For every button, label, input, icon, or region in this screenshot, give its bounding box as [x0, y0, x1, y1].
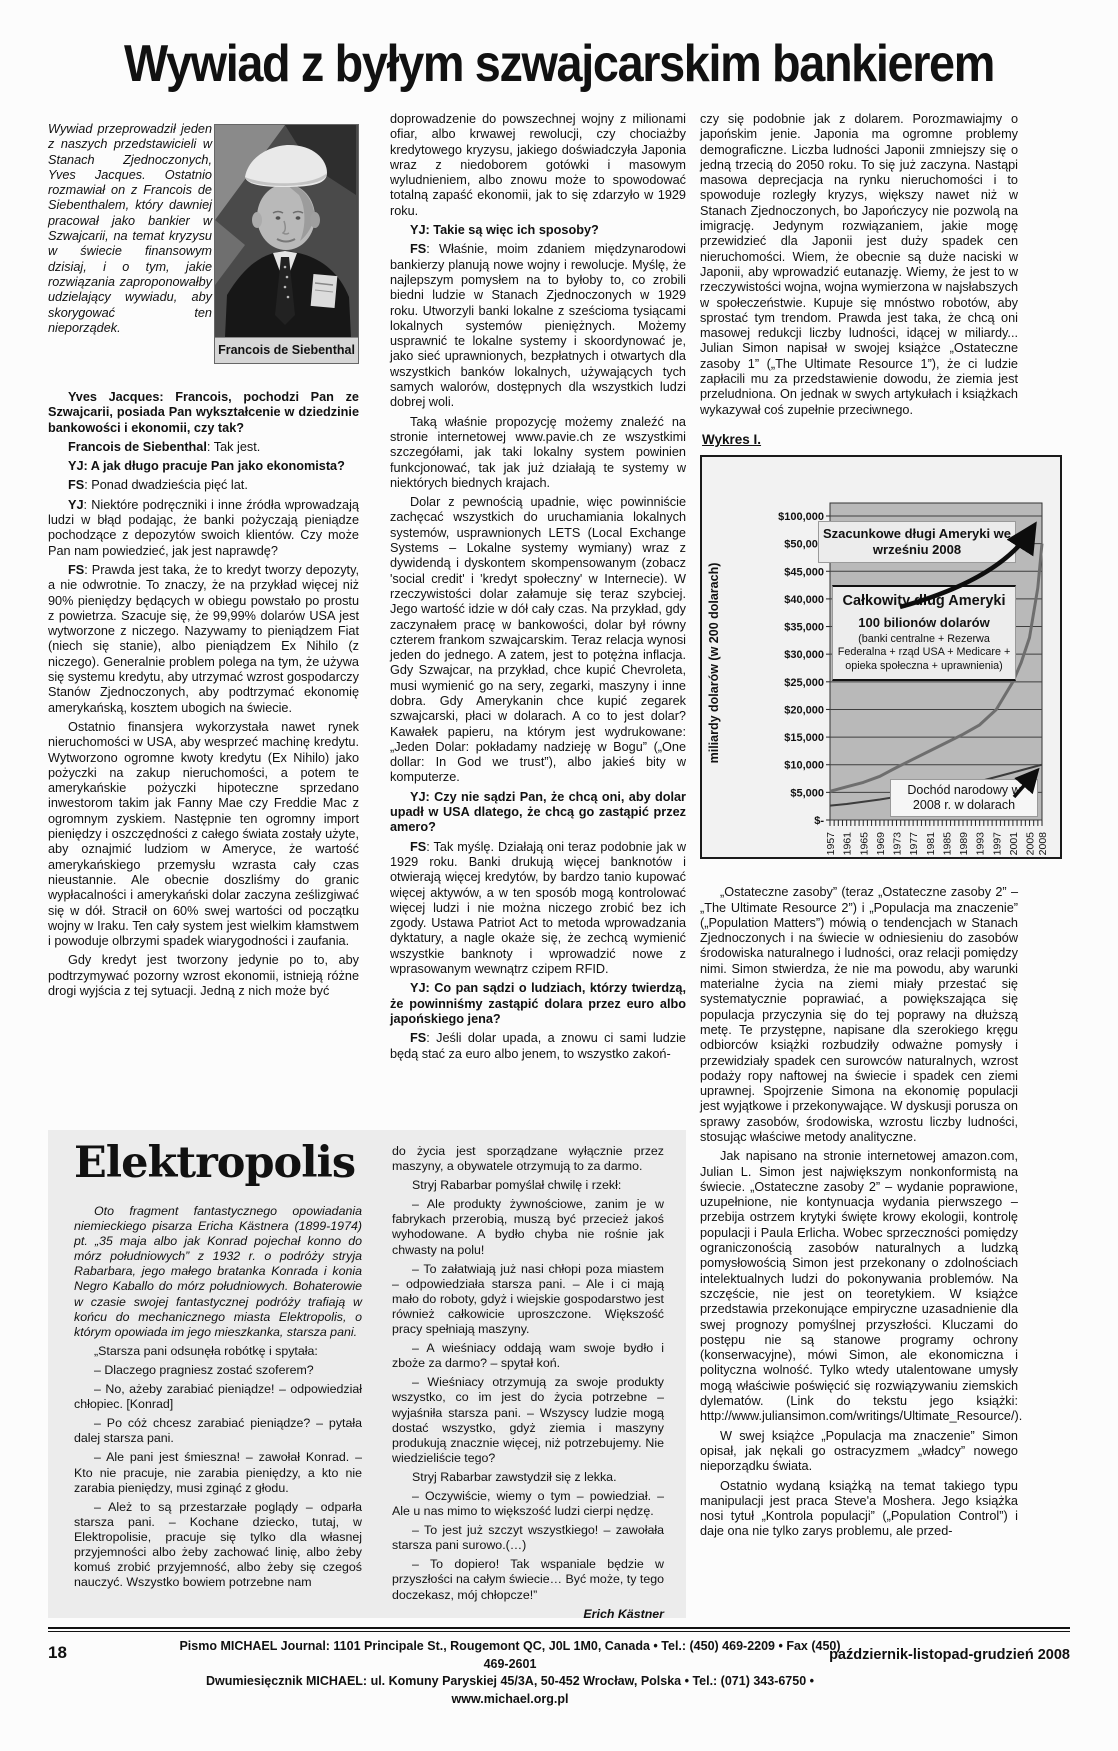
elektropolis-left-column: Oto fragment fantastycznego opowiadania …: [74, 1204, 362, 1594]
chart-label: Wykres I.: [702, 432, 1018, 447]
footer-divider: [48, 1627, 1070, 1632]
chart-annotation-title: Szacunkowe długi Ameryki we wrześniu 200…: [818, 521, 1016, 563]
speaker-label: YJ: [68, 498, 84, 512]
speaker-label: FS: [410, 242, 426, 256]
y-tick-label: $-: [814, 815, 824, 827]
paragraph: Stryj Rabarbar zawstydził się z lekka.: [392, 1470, 664, 1485]
paragraph: YJ: Co pan sądzi o ludziach, którzy twie…: [390, 981, 686, 1027]
speaker-label: YJ: [410, 790, 426, 804]
intro-row: Wywiad przeprowadził jeden z naszych prz…: [48, 122, 359, 390]
paragraph: YJ: Czy nie sądzi Pan, że chcą oni, aby …: [390, 790, 686, 836]
speaker-label: Francois de Siebenthal: [68, 440, 207, 454]
footer-address: Pismo MICHAEL Journal: 1101 Principale S…: [170, 1638, 850, 1708]
paragraph: Jak napisano na stronie internetowej ama…: [700, 1149, 1018, 1424]
paragraph: – A wieśniacy oddają wam swoje bydło i z…: [392, 1341, 664, 1371]
elektropolis-right-column: do życia jest sporządzane wyłącznie prze…: [392, 1144, 664, 1626]
x-tick-label: 1977: [908, 832, 920, 856]
y-tick-label: $5,000: [790, 788, 824, 800]
paragraph: Gdy kredyt jest tworzony jedynie po to, …: [48, 953, 359, 999]
footer-line-1: Pismo MICHAEL Journal: 1101 Principale S…: [170, 1638, 850, 1673]
annotation-total-debt-title: Całkowity dług Ameryki: [836, 594, 1012, 609]
footer-line-2: Dwumiesięcznik MICHAEL: ul. Komuny Parys…: [170, 1673, 850, 1708]
debt-chart: $-$5,000$10,000$15,000$20,000$25,000$30,…: [700, 455, 1062, 859]
y-tick-label: $15,000: [784, 732, 824, 744]
x-tick-label: 1981: [925, 832, 937, 856]
paragraph: Oto fragment fantastycznego opowiadania …: [74, 1204, 362, 1340]
speaker-label: FS: [68, 563, 84, 577]
paragraph: „Starsza pani odsunęła robótkę i spytała…: [74, 1344, 362, 1359]
column-3-bottom-text: „Ostateczne zasoby” (teraz „Ostateczne z…: [700, 885, 1018, 1539]
paragraph: FS: Ponad dwadzieścia pięć lat.: [48, 478, 359, 493]
column-1: Wywiad przeprowadził jeden z naszych prz…: [48, 122, 359, 1003]
paragraph: FS: Jeśli dolar upada, a znowu ci sami l…: [390, 1031, 686, 1062]
y-tick-label: $45,000: [784, 567, 824, 579]
annotation-total-debt-amount: 100 bilionów dolarów: [836, 615, 1012, 630]
intro-paragraph: Wywiad przeprowadził jeden z naszych prz…: [48, 122, 212, 336]
paragraph: FS: Tak myślę. Działają oni teraz podobn…: [390, 840, 686, 978]
paragraph: Stryj Rabarbar pomyślał chwilę i rzekł:: [392, 1178, 664, 1193]
y-tick-label: $10,000: [784, 760, 824, 772]
page-number: 18: [48, 1643, 67, 1663]
paragraph: YJ: Niektóre podręczniki i inne źródła w…: [48, 498, 359, 559]
paragraph: FS: Prawda jest taka, że to kredyt tworz…: [48, 563, 359, 716]
speaker-label: Yves Jacques: [68, 390, 159, 404]
paragraph: czy się podobnie jak z dolarem. Porozmaw…: [700, 112, 1018, 418]
annotation-total-debt-detail: (banki centralne + Rezerwa Federalna + r…: [836, 633, 1012, 674]
paragraph: Taką właśnie propozycję możemy znaleźć n…: [390, 415, 686, 491]
paragraph: – Dlaczego pragniesz zostać szoferem?: [74, 1363, 362, 1378]
x-tick-label: 2005: [1025, 832, 1037, 856]
column-3: czy się podobnie jak z dolarem. Porozmaw…: [700, 112, 1018, 1544]
column-3-top-text: czy się podobnie jak z dolarem. Porozmaw…: [700, 112, 1018, 418]
y-tick-label: $40,000: [784, 594, 824, 606]
speaker-label: FS: [68, 478, 84, 492]
paragraph: – To jest już szczyt wszystkiego! – zawo…: [392, 1523, 664, 1553]
newspaper-page: Wywiad z byłym szwajcarskim bankierem Wy…: [0, 0, 1118, 1751]
y-tick-label: $35,000: [784, 622, 824, 634]
footer-date: październik-listopad-grudzień 2008: [829, 1647, 1070, 1663]
speaker-label: YJ: [410, 981, 426, 995]
paragraph: – Wieśniacy otrzymują za swoje produkty …: [392, 1375, 664, 1466]
page-title: Wywiad z byłym szwajcarskim bankierem: [56, 34, 1062, 94]
x-tick-label: 2001: [1008, 832, 1020, 856]
x-tick-label: 1997: [991, 832, 1003, 856]
speaker-label: YJ: [410, 223, 426, 237]
x-tick-label: 1961: [842, 832, 854, 856]
x-tick-label: 1985: [941, 832, 953, 856]
elektropolis-title: Elektropolis: [74, 1138, 355, 1188]
x-tick-label: 2008: [1037, 832, 1049, 856]
chart-annotation-income: Dochód narodowy w 2008 r. w dolarach: [890, 779, 1038, 817]
paragraph: doprowadzenie do powszechnej wojny z mil…: [390, 112, 686, 219]
paragraph: – Ale produkty żywnościowe, zanim je w f…: [392, 1197, 664, 1257]
paragraph: YJ: Takie są więc ich sposoby?: [390, 223, 686, 238]
column-1-text: Yves Jacques: Francois, pochodzi Pan ze …: [48, 390, 359, 999]
x-tick-label: 1965: [858, 832, 870, 856]
chart-annotation-total-debt: Całkowity dług Ameryki 100 bilionów dola…: [832, 585, 1016, 681]
elektropolis-box: Elektropolis Oto fragment fantastycznego…: [48, 1130, 686, 1618]
paragraph: YJ: A jak długo pracuje Pan jako ekonomi…: [48, 459, 359, 474]
paragraph: do życia jest sporządzane wyłącznie prze…: [392, 1144, 664, 1174]
paragraph: Ostatnio wydaną książką na temat takiego…: [700, 1479, 1018, 1540]
x-tick-label: 1989: [958, 832, 970, 856]
photo-caption: Francois de Siebenthal: [215, 337, 358, 363]
paragraph: – Oczywiście, wiemy o tym – powiedział. …: [392, 1489, 664, 1519]
portrait-photo-placeholder: [215, 125, 356, 337]
paragraph: – To dopiero! Tak wspaniale będzie w prz…: [392, 1557, 664, 1602]
paragraph: – To załatwiają już nasi chłopi poza mia…: [392, 1262, 664, 1337]
x-tick-label: 1973: [892, 832, 904, 856]
paragraph: W swej książce „Populacja ma znaczenie” …: [700, 1429, 1018, 1475]
paragraph: – Po cóż chcesz zarabiać pieniądze? – py…: [74, 1416, 362, 1446]
speaker-label: FS: [410, 1031, 426, 1045]
paragraph: FS: Właśnie, moim zdaniem międzynarodowi…: [390, 242, 686, 410]
x-tick-label: 1969: [875, 832, 887, 856]
paragraph: „Ostateczne zasoby” (teraz „Ostateczne z…: [700, 885, 1018, 1145]
paragraph: Yves Jacques: Francois, pochodzi Pan ze …: [48, 390, 359, 436]
photo-francois: Francois de Siebenthal: [214, 124, 359, 364]
y-tick-label: $20,000: [784, 705, 824, 717]
y-axis-title: miliardy dolarów (w 200 dolarach): [707, 563, 721, 764]
paragraph: – Ależ to są przestarzałe poglądy – odpa…: [74, 1500, 362, 1591]
paragraph: Dolar z pewnością upadnie, więc powinniś…: [390, 495, 686, 786]
y-tick-label: $25,000: [784, 677, 824, 689]
speaker-label: YJ: [68, 459, 84, 473]
x-tick-label: 1993: [975, 832, 987, 856]
paragraph: Ostatnio finansjera wykorzystała nawet r…: [48, 720, 359, 949]
paragraph: – Ale pani jest śmieszna! – zawołał Konr…: [74, 1450, 362, 1495]
x-tick-label: 1957: [825, 832, 837, 856]
y-tick-label: $30,000: [784, 649, 824, 661]
column-2: doprowadzenie do powszechnej wojny z mil…: [390, 112, 686, 1066]
speaker-label: FS: [410, 840, 426, 854]
paragraph: Erich Kästner: [392, 1607, 664, 1622]
paragraph: Francois de Siebenthal: Tak jest.: [48, 440, 359, 455]
paragraph: – No, ażeby zarabiać pieniądze! – odpowi…: [74, 1382, 362, 1412]
